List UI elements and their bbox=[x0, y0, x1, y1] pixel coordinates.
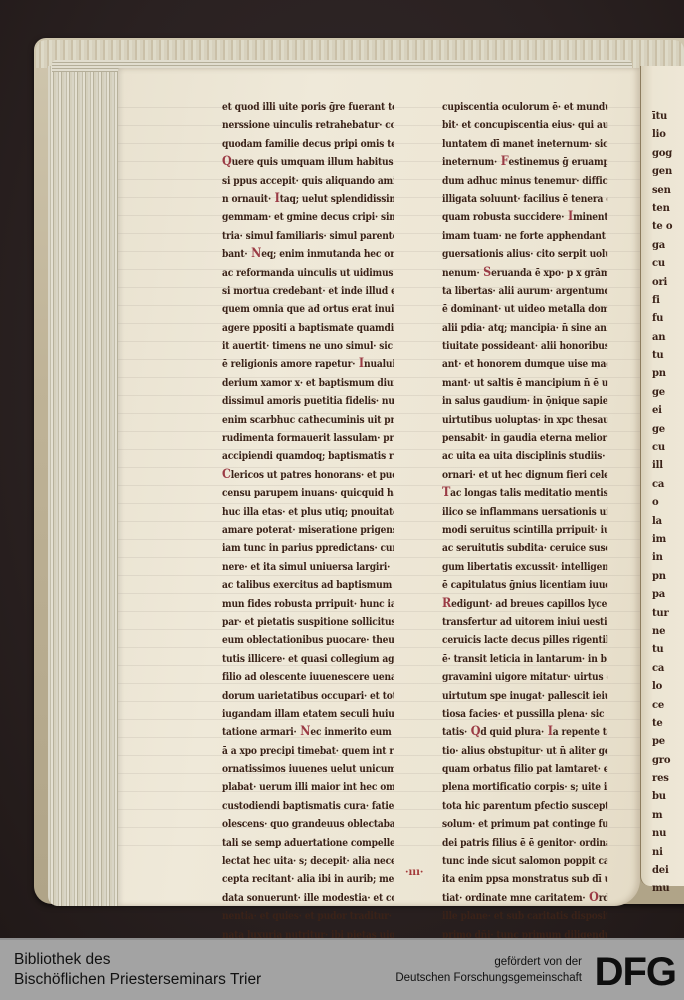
line-text: minente salua an bbox=[573, 211, 607, 223]
line-text: amare poterat· miseratione prigens offer… bbox=[222, 524, 394, 536]
facing-page-line: m bbox=[652, 807, 684, 825]
line-text: edigunt· ad breues capillos lyceum ances… bbox=[451, 598, 607, 610]
manuscript-line: nere· et ita simul uniuersa largiri· His… bbox=[222, 558, 394, 576]
library-line-2: Bischöflichen Priesterseminars Trier bbox=[14, 970, 261, 990]
line-text: bit· et concupiscentia eius· qui aut fec… bbox=[442, 119, 607, 131]
line-text: uirtutum spe inugat· pallescit ieiunio s… bbox=[442, 690, 607, 702]
line-text: a repente totus gra bbox=[553, 726, 607, 738]
line-text: enim scarbhuc cathecuminis uit pma fidei bbox=[222, 414, 394, 426]
manuscript-line: rudimenta formauerit lassulam· prouenere… bbox=[222, 429, 394, 447]
rubric-initial: Q bbox=[467, 724, 480, 739]
facing-page-line: lo bbox=[652, 678, 684, 696]
manuscript-line: tota hic parentum pfectio susceptatur· t… bbox=[442, 797, 607, 815]
line-text: ac seruitutis subdita· ceruice suscipien… bbox=[442, 542, 607, 554]
line-text: imam tuam· ne forte apphendant te mala· bbox=[442, 230, 607, 242]
manuscript-line: ita enim ppsa monstratus sub dī uoce pri… bbox=[442, 870, 607, 888]
manuscript-line: ac reformanda uinculis ut uidimus· s; qu… bbox=[222, 264, 394, 282]
line-text: censu parupem inuans· quicquid habere ad bbox=[222, 487, 394, 499]
line-text: dissimul amoris puetitia fidelis· nuisit… bbox=[222, 395, 394, 407]
manuscript-line: tiosa facies· et pussilla plena· sic ple… bbox=[442, 705, 607, 723]
manuscript-line: illigata soluunt· facilius ē tenera euel… bbox=[442, 190, 607, 208]
line-text: in salus gaudium· in ǭnique sapientia· i… bbox=[442, 395, 607, 407]
library-line-1: Bibliothek des bbox=[14, 950, 261, 970]
manuscript-line: ac uita ea uita disciplinis studiis· et … bbox=[442, 447, 607, 465]
line-text: ille plane· et sub caritatis disposition… bbox=[442, 910, 607, 922]
line-text: luntatem dī manet ineternum· sic dns man… bbox=[442, 138, 607, 150]
manuscript-line: n ornauit· Itaq; uelut splendidissimam bbox=[222, 190, 394, 208]
facing-page-line: ge bbox=[652, 421, 684, 439]
manuscript-line: eum oblectationibus puocare· theuros uue… bbox=[222, 631, 394, 649]
facing-page-line: tur bbox=[652, 605, 684, 623]
manuscript-line: transfertur ad uitorem iniui uestium spl… bbox=[442, 613, 607, 631]
manuscript-line: quam orbatus filio pat lamtaret· et uere bbox=[442, 760, 607, 778]
line-text: ē religionis amore rapetur· bbox=[222, 358, 355, 370]
manuscript-line: plena mortificatio corpis· s; uite ille … bbox=[442, 778, 607, 796]
manuscript-line: ornari· et ut hec dignum fieri celestis … bbox=[442, 466, 607, 484]
facing-page-line: bu bbox=[652, 788, 684, 806]
line-text: tatis· bbox=[442, 726, 467, 738]
manuscript-line: nata luxuria nutritur· ibi pietas uiget·… bbox=[222, 926, 394, 938]
manuscript-line: tiat· ordinate mne caritatem· Ordinauit bbox=[442, 889, 607, 907]
facing-page-line: la bbox=[652, 513, 684, 531]
manuscript-line: tria· simul familiaris· simul parentes p… bbox=[222, 227, 394, 245]
line-text: plabat· uerum illi maior int hec omnia e… bbox=[222, 781, 394, 793]
line-text: gum libertatis excussit· intelligens iuu… bbox=[442, 561, 607, 573]
line-text: tio· alius obstupitur· ut n̄ aliter geni… bbox=[442, 745, 607, 757]
line-text: ineternum· bbox=[442, 156, 497, 168]
manuscript-line: et quod illi uite poris ḡre fuerant tot … bbox=[222, 98, 394, 116]
manuscript-line: quodam familie decus pripi omis tenebant… bbox=[222, 135, 394, 153]
manuscript-line: it auertit· timens ne uno simul· sic obs… bbox=[222, 337, 394, 355]
line-text: ē dominant· ut uideo metalla dominantib· bbox=[442, 303, 607, 315]
manuscript-line: nerssione uinculis retrahebatur· commune bbox=[222, 116, 394, 134]
line-text: custodiendi baptismatis cura· fatiebat a… bbox=[222, 800, 394, 812]
manuscript-line: cepta recitant· alia ibi in aurib; meis … bbox=[222, 870, 394, 888]
manuscript-line: Redigunt· ad breues capillos lyceum ance… bbox=[442, 595, 607, 613]
manuscript-line: enim scarbhuc cathecuminis uit pma fidei bbox=[222, 411, 394, 429]
line-text: nenum· bbox=[442, 267, 479, 279]
facing-page-line: gen bbox=[652, 163, 684, 181]
rubric-initial: N bbox=[247, 246, 261, 261]
facing-page-line: cu bbox=[652, 255, 684, 273]
manuscript-line: ta libertas· alii aurum· argentumq; inue… bbox=[442, 282, 607, 300]
manuscript-line: ē dominant· ut uideo metalla dominantib· bbox=[442, 300, 607, 318]
line-text: guersationis alius· cito serpit uoluptat… bbox=[442, 248, 607, 260]
line-text: plena mortificatio corpis· s; uite ille … bbox=[442, 781, 607, 793]
facing-page-line: res bbox=[652, 770, 684, 788]
facing-page-line: ori bbox=[652, 274, 684, 292]
facing-page-line: mu bbox=[652, 880, 684, 898]
rubric-initial: N bbox=[297, 724, 311, 739]
folio-number: ·ııı· bbox=[405, 867, 423, 878]
line-text: tota hic parentum pfectio susceptatur· t… bbox=[442, 800, 607, 812]
line-text: uere quis umquam illum habitus ñ qua bbox=[232, 156, 394, 168]
manuscript-line: nenum· Seruanda ē xpo· p x grām sump bbox=[442, 264, 607, 282]
line-text: ita enim ppsa monstratus sub dī uoce pri… bbox=[442, 873, 607, 885]
line-text: tria· simul familiaris· simul parentes p… bbox=[222, 230, 394, 242]
facing-page-line: cu bbox=[652, 439, 684, 457]
line-text: nualuit tam desi bbox=[364, 358, 394, 370]
line-text: ilico se inflammans uersationis uitta hu… bbox=[442, 506, 607, 518]
line-text: dei patris filius ē ē genitor· ordinatam… bbox=[442, 837, 607, 849]
rubric-initial: H bbox=[390, 559, 394, 574]
funding-line-1: gefördert von der bbox=[395, 954, 582, 970]
line-text: olescens· quo grandeuus oblectabat patte… bbox=[222, 818, 394, 830]
manuscript-line: dei patris filius ē ē genitor· ordinatam… bbox=[442, 834, 607, 852]
facing-page-line: tu bbox=[652, 347, 684, 365]
manuscript-line: luntatem dī manet ineternum· sic dns man… bbox=[442, 135, 607, 153]
manuscript-line: ant· et honorem dumque uise magnis pre bbox=[442, 355, 607, 373]
line-text: eq; enim inmutanda hec omnia bbox=[261, 248, 394, 260]
line-text: pensabit· in gaudia eterna melioribus· c… bbox=[442, 432, 607, 444]
manuscript-line: uirtutum spe inugat· pallescit ieiunio s… bbox=[442, 687, 607, 705]
manuscript-line: nentia· et quies· et pudor traditur· hic… bbox=[222, 907, 394, 925]
manuscript-line: dissimul amoris puetitia fidelis· nuisit… bbox=[222, 392, 394, 410]
facing-page-line: ill bbox=[652, 457, 684, 475]
line-text: cepta recitant· alia ibi in aurib; meis … bbox=[222, 873, 394, 885]
facing-page-line: gro bbox=[652, 752, 684, 770]
rubric-initial: C bbox=[222, 467, 231, 482]
rubric-initial: I bbox=[271, 191, 280, 206]
line-text: nerssione uinculis retrahebatur· commune bbox=[222, 119, 394, 131]
funding-line-2: Deutschen Forschungsgemeinschaft bbox=[395, 970, 582, 986]
page-stack-edge bbox=[48, 66, 122, 906]
rubric-initial: S bbox=[479, 265, 491, 280]
rubric-initial: R bbox=[442, 596, 451, 611]
line-text: lericos ut patres honorans· et puerili i… bbox=[231, 469, 394, 481]
line-text: modi seruitus scintilla prripuit· iugum … bbox=[442, 524, 607, 536]
line-text: uirtutibus uoluptas· in xpc thesaurus co… bbox=[442, 414, 607, 426]
facing-page-text: ītuliogoggensentente ogacuorififuantupng… bbox=[652, 108, 684, 899]
manuscript-line: plabat· uerum illi maior int hec omnia e… bbox=[222, 778, 394, 796]
line-text: tiuitate possideant· alii honoribus gaud… bbox=[442, 340, 607, 352]
line-text: transfertur ad uitorem iniui uestium spl… bbox=[442, 616, 607, 628]
line-text: estinemus ḡ eruampbus laqueis bbox=[509, 156, 608, 168]
line-text: ac talibus exercitus ad baptismum se cet… bbox=[222, 579, 394, 591]
line-text: quem omnia que ad ortus erat inuine pat· bbox=[222, 303, 394, 315]
manuscript-line: ē capitulatus ḡnius licentiam iuuentutis… bbox=[442, 576, 607, 594]
rubric-initial: I bbox=[544, 724, 553, 739]
manuscript-line: Quere quis umquam illum habitus ñ qua bbox=[222, 153, 394, 171]
manuscript-line: uirtutibus uoluptas· in xpc thesaurus co… bbox=[442, 411, 607, 429]
facing-page-line: te bbox=[652, 715, 684, 733]
facing-page-line: gog bbox=[652, 145, 684, 163]
manuscript-line: dum adhuc minus tenemur· difficile dū bbox=[442, 172, 607, 190]
line-text: mant· ut saltis ē mancipium n̄ ē uictoru… bbox=[442, 377, 607, 389]
line-text: huc illa etas· et plus utiq; pnouitate h… bbox=[222, 506, 394, 518]
line-text: ta libertas· alii aurum· argentumq; inue… bbox=[442, 285, 607, 297]
line-text: si ppus accepit· quis aliquando amictus bbox=[222, 175, 394, 187]
manuscript-line: lectat hec uita· s; decepit· alia necess… bbox=[222, 852, 394, 870]
manuscript-line: imam tuam· ne forte apphendant te mala· bbox=[442, 227, 607, 245]
facing-page-line: ge bbox=[652, 384, 684, 402]
manuscript-line: si mortua credebant· et inde illud erat … bbox=[222, 282, 394, 300]
line-text: mun fides robusta prripuit· hunc iam pat… bbox=[222, 598, 394, 610]
manuscript-line: quam robusta succidere· Iminente salua a… bbox=[442, 208, 607, 226]
line-text: ant· et honorem dumque uise magnis pre bbox=[442, 358, 607, 370]
manuscript-line: tiuitate possideant· alii honoribus gaud… bbox=[442, 337, 607, 355]
manuscript-line: par· et pietatis suspitione sollicitus u… bbox=[222, 613, 394, 631]
facing-page-line: an bbox=[652, 329, 684, 347]
facing-page-line: fu bbox=[652, 310, 684, 328]
manuscript-line: guersationis alius· cito serpit uoluptat… bbox=[442, 245, 607, 263]
line-text: quodam familie decus pripi omis tenebant… bbox=[222, 138, 394, 150]
line-text: rdinauit bbox=[599, 892, 607, 904]
manuscript-line: primo dñi· tunc primum diligendum· Con bbox=[442, 926, 607, 938]
facing-page-line: ītu bbox=[652, 108, 684, 126]
manuscript-line: bit· et concupiscentia eius· qui aut fec… bbox=[442, 116, 607, 134]
line-text: gemmam· et gmine decus cripi· simul pa bbox=[222, 211, 394, 223]
manuscript-line: alii pdia· atq; mancipia· n̄ sine animi … bbox=[442, 319, 607, 337]
manuscript-line: pensabit· in gaudia eterna melioribus· c… bbox=[442, 429, 607, 447]
line-text: ec inmerito eum secularis bbox=[310, 726, 394, 738]
facing-page-line: ei bbox=[652, 402, 684, 420]
line-text: ac reformanda uinculis ut uidimus· s; qu… bbox=[222, 267, 394, 279]
manuscript-line: censu parupem inuans· quicquid habere ad bbox=[222, 484, 394, 502]
manuscript-line: ornatissimos iuuenes uelut unicum contem bbox=[222, 760, 394, 778]
line-text: filio ad olescente iuuenescere uenatib· … bbox=[222, 671, 394, 683]
line-text: tiat· ordinate mne caritatem· bbox=[442, 892, 585, 904]
line-text: par· et pietatis suspitione sollicitus u… bbox=[222, 616, 394, 628]
funding-credit: gefördert von der Deutschen Forschungsge… bbox=[395, 954, 582, 986]
line-text: accipiendi quamdoq; baptismatis respicie… bbox=[222, 450, 394, 462]
line-text: quam robusta succidere· bbox=[442, 211, 564, 223]
manuscript-line: bant· Neq; enim inmutanda hec omnia bbox=[222, 245, 394, 263]
line-text: iugandam illam etatem seculi huius delec bbox=[222, 708, 394, 720]
line-text: nere· et ita simul uniuersa largiri· bbox=[222, 561, 390, 573]
line-text: eum oblectationibus puocare· theuros uue… bbox=[222, 634, 394, 646]
manuscript-line: gemmam· et gmine decus cripi· simul pa bbox=[222, 208, 394, 226]
manuscript-line: ilico se inflammans uersationis uitta hu… bbox=[442, 503, 607, 521]
library-credit: Bibliothek des Bischöflichen Priestersem… bbox=[14, 950, 261, 990]
line-text: bant· bbox=[222, 248, 247, 260]
right-text-column: cupiscentia oculorum ē· et mundus transi… bbox=[442, 98, 634, 938]
line-text: derium xamor x· et baptismum diuisilis p… bbox=[222, 377, 394, 389]
line-text: tali se semp aduertatione compellens· bbox=[222, 837, 394, 849]
rubric-initial: O bbox=[585, 890, 598, 905]
line-text: tiosa facies· et pussilla plena· sic ple… bbox=[442, 708, 607, 720]
line-text: ē capitulatus ḡnius licentiam iuuentutis… bbox=[442, 579, 607, 591]
line-text: primo dñi· tunc primum diligendum· bbox=[442, 929, 607, 938]
facing-page-line: fi bbox=[652, 292, 684, 310]
manuscript-line: tunc inde sicut salomon poppit caritatem… bbox=[442, 852, 607, 870]
manuscript-line: iugandam illam etatem seculi huius delec bbox=[222, 705, 394, 723]
line-text: tutis illicere· et quasi collegium agens… bbox=[222, 653, 394, 665]
manuscript-line: accipiendi quamdoq; baptismatis respicie… bbox=[222, 447, 394, 465]
manuscript-scan: et quod illi uite poris ḡre fuerant tot … bbox=[0, 0, 684, 938]
line-text: et quod illi uite poris ḡre fuerant tot … bbox=[222, 101, 394, 113]
line-text: tunc inde sicut salomon poppit caritatem… bbox=[442, 855, 607, 867]
line-text: data sonuerunt· ille modestia· et conti bbox=[222, 892, 394, 904]
facing-page-line: pe bbox=[652, 733, 684, 751]
manuscript-line: ē religionis amore rapetur· Inualuit tam… bbox=[222, 355, 394, 373]
manuscript-line: cupiscentia oculorum ē· et mundus transi bbox=[442, 98, 607, 116]
line-text: ac longas talis meditatio mentis ptulit·… bbox=[450, 487, 607, 499]
facing-page-line: ce bbox=[652, 697, 684, 715]
line-text: illigata soluunt· facilius ē tenera euel… bbox=[442, 193, 607, 205]
manuscript-line: ceruicis lacte decus pilles rigentib; oc… bbox=[442, 631, 607, 649]
manuscript-line: iam tunc in parius ppredictans· cuncta a… bbox=[222, 539, 394, 557]
facing-page-line: lio bbox=[652, 126, 684, 144]
line-text: dum adhuc minus tenemur· difficile dū bbox=[442, 175, 607, 187]
manuscript-line: in salus gaudium· in ǭnique sapientia· i… bbox=[442, 392, 607, 410]
facing-page-line: ten bbox=[652, 200, 684, 218]
manuscript-line: dorum uarietatibus occupari· et tota ad … bbox=[222, 687, 394, 705]
manuscript-line: Tac longas talis meditatio mentis ptulit… bbox=[442, 484, 607, 502]
manuscript-line: modi seruitus scintilla prripuit· iugum … bbox=[442, 521, 607, 539]
facing-page-line: te o bbox=[652, 218, 684, 236]
line-text: tatione armari· bbox=[222, 726, 297, 738]
rubric-initial: Q bbox=[222, 154, 232, 169]
rubric-initial: F bbox=[497, 154, 508, 169]
manuscript-line: ineternum· Festinemus ḡ eruampbus laquei… bbox=[442, 153, 607, 171]
line-text: n ornauit· bbox=[222, 193, 271, 205]
manuscript-line: ē· transit leticia in lantarum· in broru… bbox=[442, 650, 607, 668]
manuscript-line: ā a xpo precipi timebat· quem int reliqu… bbox=[222, 742, 394, 760]
manuscript-line: huc illa etas· et plus utiq; pnouitate h… bbox=[222, 503, 394, 521]
line-text: ornatissimos iuuenes uelut unicum contem bbox=[222, 763, 394, 775]
manuscript-line: tio· alius obstupitur· ut n̄ aliter geni… bbox=[442, 742, 607, 760]
line-text: solum· et primum pat continge fuit· cum bbox=[442, 818, 607, 830]
manuscript-line: quem omnia que ad ortus erat inuine pat· bbox=[222, 300, 394, 318]
line-text: rudimenta formauerit lassulam· prouenere… bbox=[222, 432, 394, 444]
line-text: lectat hec uita· s; decepit· alia necess… bbox=[222, 855, 394, 867]
facing-page-line: o bbox=[652, 494, 684, 512]
line-text: si mortua credebant· et inde illud erat … bbox=[222, 285, 394, 297]
manuscript-line: ac seruitutis subdita· ceruice suscipien… bbox=[442, 539, 607, 557]
manuscript-line: custodiendi baptismatis cura· fatiebat a… bbox=[222, 797, 394, 815]
manuscript-line: data sonuerunt· ille modestia· et conti bbox=[222, 889, 394, 907]
facing-page-line: ni bbox=[652, 844, 684, 862]
line-text: d quid plura· bbox=[480, 726, 544, 738]
line-text: quam orbatus filio pat lamtaret· et uere bbox=[442, 763, 607, 775]
line-text: nentia· et quies· et pudor traditur· hic… bbox=[222, 910, 394, 922]
manuscript-line: tatis· Qd quid plura· Ia repente totus g… bbox=[442, 723, 607, 741]
line-text: it auertit· timens ne uno simul· sic obs… bbox=[222, 340, 394, 352]
line-text: ornari· et ut hec dignum fieri celestis … bbox=[442, 469, 607, 481]
manuscript-line: gravamini uigore mitatur· uirtus corpori… bbox=[442, 668, 607, 686]
manuscript-line: filio ad olescente iuuenescere uenatib· … bbox=[222, 668, 394, 686]
manuscript-line: ac talibus exercitus ad baptismum se cet… bbox=[222, 576, 394, 594]
line-text: ceruicis lacte decus pilles rigentib; oc… bbox=[442, 634, 607, 646]
line-text: ā a xpo precipi timebat· quem int reliqu… bbox=[222, 745, 394, 757]
manuscript-line: amare poterat· miseratione prigens offer… bbox=[222, 521, 394, 539]
manuscript-line: agere ppositi a baptismate quamdiu potu bbox=[222, 319, 394, 337]
facing-page-line: in bbox=[652, 549, 684, 567]
facing-page-line: nu bbox=[652, 825, 684, 843]
facing-page-line: im bbox=[652, 531, 684, 549]
manuscript-line: solum· et primum pat continge fuit· cum bbox=[442, 815, 607, 833]
facing-page-line: pn bbox=[652, 568, 684, 586]
line-text: agere ppositi a baptismate quamdiu potu bbox=[222, 322, 394, 334]
manuscript-line: mant· ut saltis ē mancipium n̄ ē uictoru… bbox=[442, 374, 607, 392]
dfg-logo: DFG bbox=[595, 952, 676, 992]
line-text: cupiscentia oculorum ē· et mundus transi bbox=[442, 101, 607, 113]
left-text-column: et quod illi uite poris ḡre fuerant tot … bbox=[222, 98, 422, 938]
footer-banner: Bibliothek des Bischöflichen Priestersem… bbox=[0, 938, 684, 1000]
line-text: eruanda ē xpo· p x grām sump bbox=[491, 267, 607, 279]
facing-page-line: sen bbox=[652, 182, 684, 200]
manuscript-line: ille plane· et sub caritatis disposition… bbox=[442, 907, 607, 925]
line-text: ac uita ea uita disciplinis studiis· et … bbox=[442, 450, 607, 462]
manuscript-line: tali se semp aduertatione compellens· De bbox=[222, 834, 394, 852]
facing-page-line: ga bbox=[652, 237, 684, 255]
facing-page-line: pn bbox=[652, 365, 684, 383]
rubric-initial: I bbox=[355, 356, 364, 371]
facing-page-line: ca bbox=[652, 476, 684, 494]
line-text: nata luxuria nutritur· ibi pietas uiget·… bbox=[222, 929, 394, 938]
manuscript-line: tatione armari· Nec inmerito eum secular… bbox=[222, 723, 394, 741]
manuscript-line: olescens· quo grandeuus oblectabat patte… bbox=[222, 815, 394, 833]
manuscript-line: Clericos ut patres honorans· et puerili … bbox=[222, 466, 394, 484]
manuscript-line: tutis illicere· et quasi collegium agens… bbox=[222, 650, 394, 668]
manuscript-line: gum libertatis excussit· intelligens iuu… bbox=[442, 558, 607, 576]
line-text: gravamini uigore mitatur· uirtus corpori… bbox=[442, 671, 607, 683]
facing-page-line: pa bbox=[652, 586, 684, 604]
line-text: alii pdia· atq; mancipia· n̄ sine animi … bbox=[442, 322, 607, 334]
line-text: iam tunc in parius ppredictans· cuncta a… bbox=[222, 542, 394, 554]
line-text: dorum uarietatibus occupari· et tota ad … bbox=[222, 690, 394, 702]
line-text: taq; uelut splendidissimam bbox=[280, 193, 394, 205]
manuscript-line: derium xamor x· et baptismum diuisilis p… bbox=[222, 374, 394, 392]
facing-page-line: ne bbox=[652, 623, 684, 641]
facing-page-line: tu bbox=[652, 641, 684, 659]
facing-page-line: dei bbox=[652, 862, 684, 880]
line-text: ē· transit leticia in lantarum· in broru… bbox=[442, 653, 607, 665]
manuscript-line: mun fides robusta prripuit· hunc iam pat… bbox=[222, 595, 394, 613]
manuscript-line: si ppus accepit· quis aliquando amictus bbox=[222, 172, 394, 190]
facing-page-line: ca bbox=[652, 660, 684, 678]
